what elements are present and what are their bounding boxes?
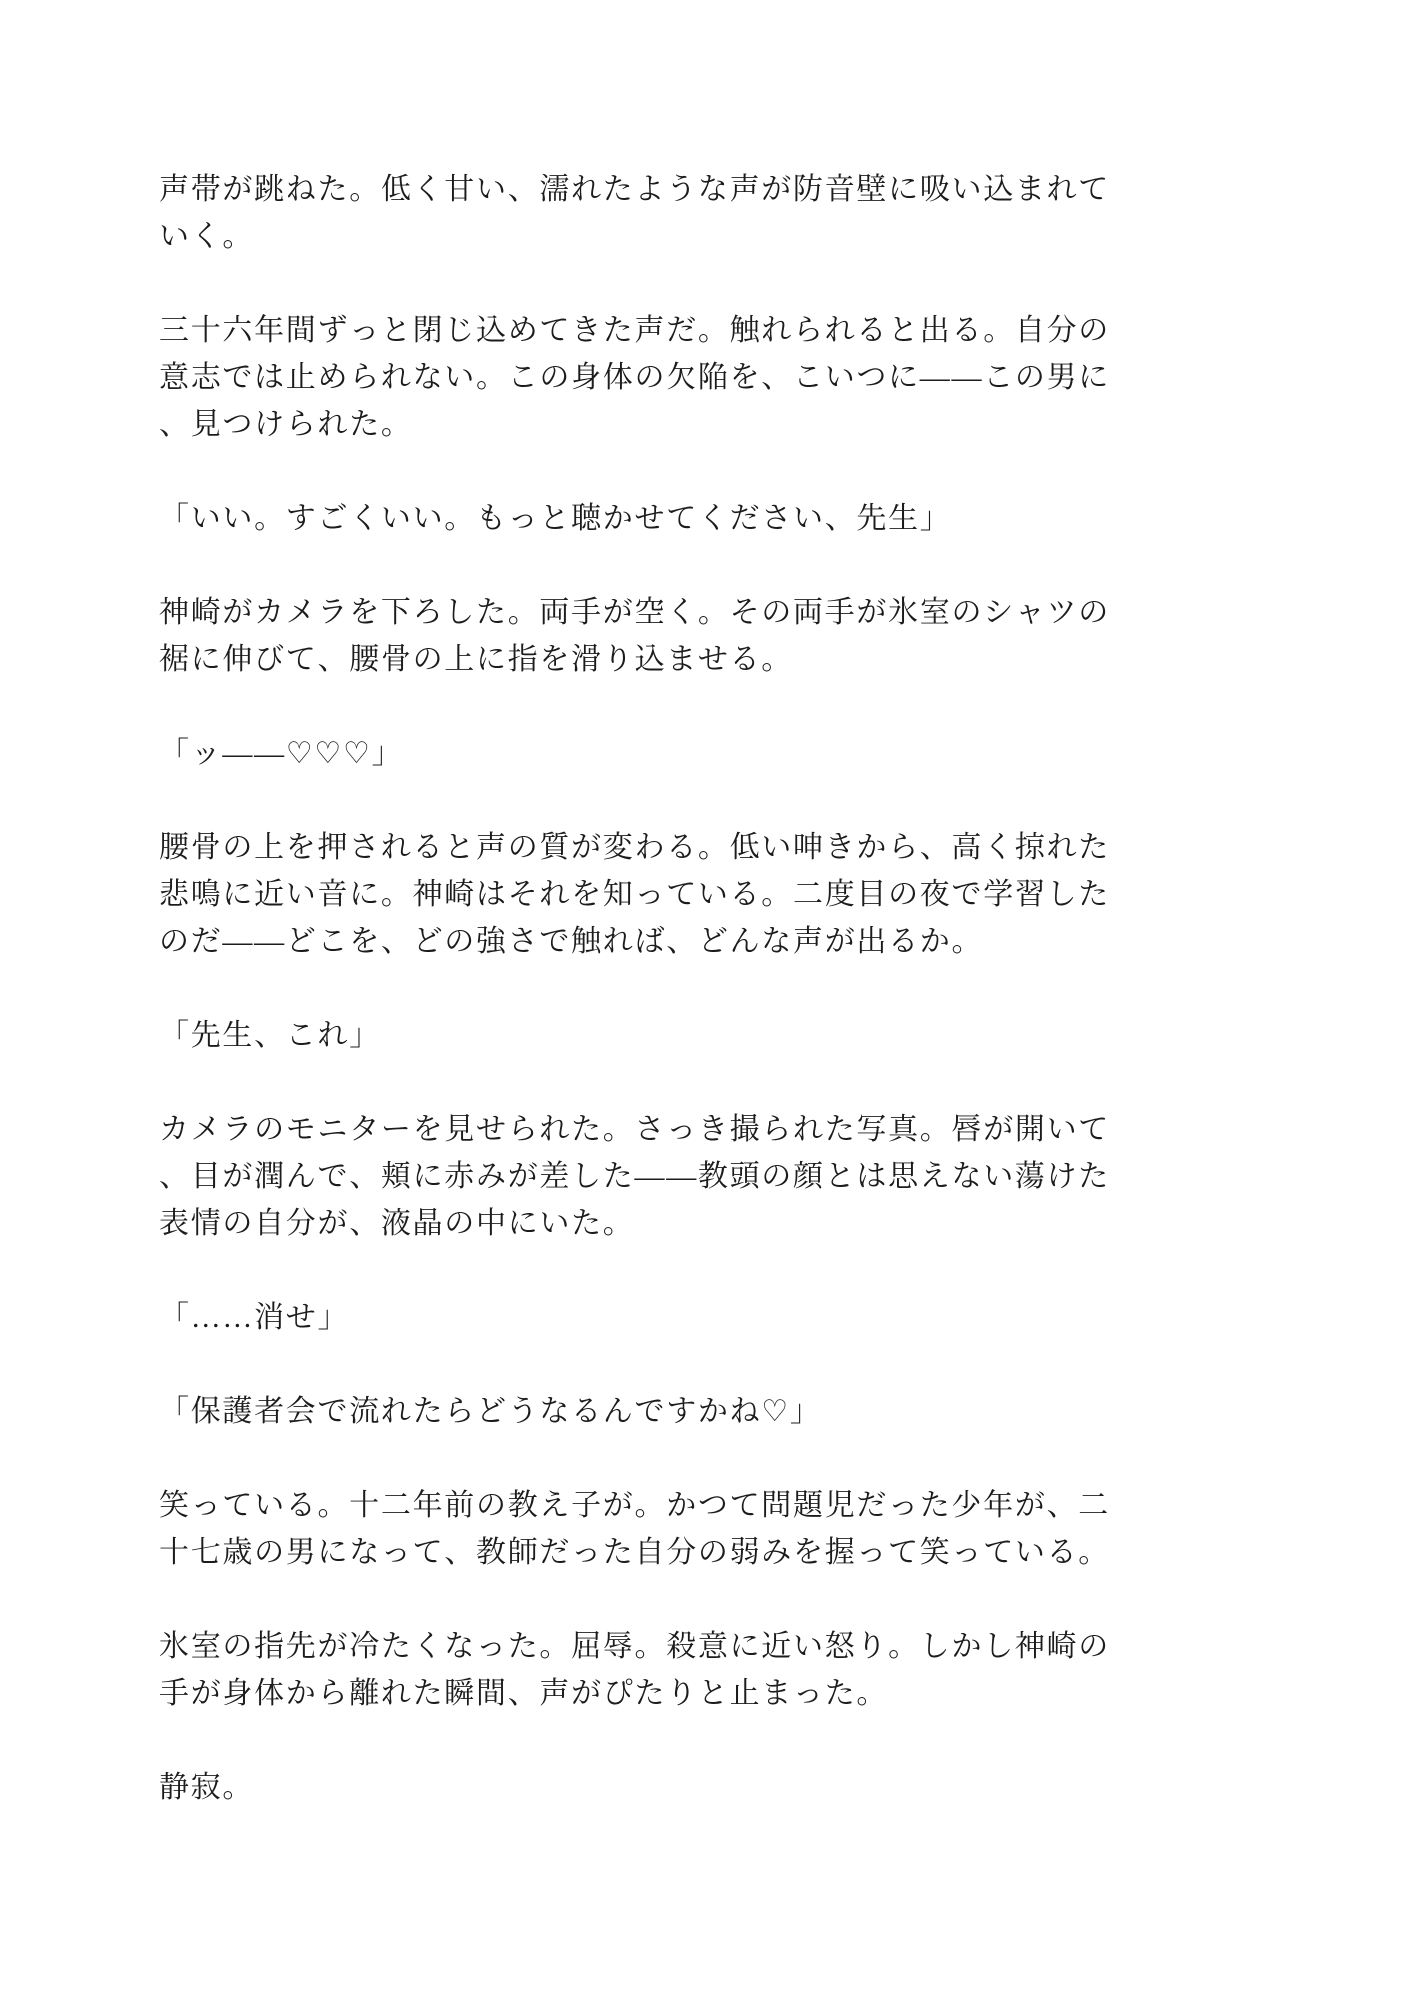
text-line: 氷室の指先が冷たくなった。屈辱。殺意に近い怒り。しかし神崎の [159, 1623, 1124, 1670]
dialogue-paragraph: 「ッ――♡♡♡」 [159, 730, 1124, 777]
text-line: 意志では止められない。この身体の欠陥を、こいつに――この男に [159, 354, 1124, 401]
paragraph: 腰骨の上を押されると声の質が変わる。低い呻きから、高く掠れた悲鳴に近い音に。神崎… [159, 824, 1124, 965]
text-line: 「保護者会で流れたらどうなるんですかね♡」 [159, 1388, 1124, 1435]
text-line: 十七歳の男になって、教師だった自分の弱みを握って笑っている。 [159, 1529, 1124, 1576]
text-line: 裾に伸びて、腰骨の上に指を滑り込ませる。 [159, 636, 1124, 683]
document-page: 声帯が跳ねた。低く甘い、濡れたような声が防音壁に吸い込まれていく。三十六年間ずっ… [0, 0, 1415, 2000]
paragraph: 静寂。 [159, 1764, 1124, 1811]
text-column: 声帯が跳ねた。低く甘い、濡れたような声が防音壁に吸い込まれていく。三十六年間ずっ… [159, 166, 1124, 1858]
dialogue-paragraph: 「保護者会で流れたらどうなるんですかね♡」 [159, 1388, 1124, 1435]
dialogue-paragraph: 「先生、これ」 [159, 1012, 1124, 1059]
text-line: 笑っている。十二年前の教え子が。かつて問題児だった少年が、二 [159, 1482, 1124, 1529]
paragraph: 笑っている。十二年前の教え子が。かつて問題児だった少年が、二十七歳の男になって、… [159, 1482, 1124, 1576]
text-line: 「先生、これ」 [159, 1012, 1124, 1059]
text-line: いく。 [159, 213, 1124, 260]
dialogue-paragraph: 「……消せ」 [159, 1294, 1124, 1341]
text-line: 静寂。 [159, 1764, 1124, 1811]
paragraph: 声帯が跳ねた。低く甘い、濡れたような声が防音壁に吸い込まれていく。 [159, 166, 1124, 260]
text-line: 悲鳴に近い音に。神崎はそれを知っている。二度目の夜で学習した [159, 871, 1124, 918]
paragraph: 神崎がカメラを下ろした。両手が空く。その両手が氷室のシャツの裾に伸びて、腰骨の上… [159, 589, 1124, 683]
paragraph: 氷室の指先が冷たくなった。屈辱。殺意に近い怒り。しかし神崎の手が身体から離れた瞬… [159, 1623, 1124, 1717]
text-line: 「……消せ」 [159, 1294, 1124, 1341]
text-line: 「ッ――♡♡♡」 [159, 730, 1124, 777]
dialogue-paragraph: 「いい。すごくいい。もっと聴かせてください、先生」 [159, 495, 1124, 542]
text-line: 手が身体から離れた瞬間、声がぴたりと止まった。 [159, 1670, 1124, 1717]
text-line: 声帯が跳ねた。低く甘い、濡れたような声が防音壁に吸い込まれて [159, 166, 1124, 213]
text-line: 、見つけられた。 [159, 401, 1124, 448]
paragraph: カメラのモニターを見せられた。さっき撮られた写真。唇が開いて、目が潤んで、頬に赤… [159, 1106, 1124, 1247]
paragraph: 三十六年間ずっと閉じ込めてきた声だ。触れられると出る。自分の意志では止められない… [159, 307, 1124, 448]
text-line: 三十六年間ずっと閉じ込めてきた声だ。触れられると出る。自分の [159, 307, 1124, 354]
text-line: カメラのモニターを見せられた。さっき撮られた写真。唇が開いて [159, 1106, 1124, 1153]
text-line: のだ――どこを、どの強さで触れば、どんな声が出るか。 [159, 918, 1124, 965]
text-line: 「いい。すごくいい。もっと聴かせてください、先生」 [159, 495, 1124, 542]
text-line: 、目が潤んで、頬に赤みが差した――教頭の顔とは思えない蕩けた [159, 1153, 1124, 1200]
text-line: 腰骨の上を押されると声の質が変わる。低い呻きから、高く掠れた [159, 824, 1124, 871]
text-line: 表情の自分が、液晶の中にいた。 [159, 1200, 1124, 1247]
text-line: 神崎がカメラを下ろした。両手が空く。その両手が氷室のシャツの [159, 589, 1124, 636]
